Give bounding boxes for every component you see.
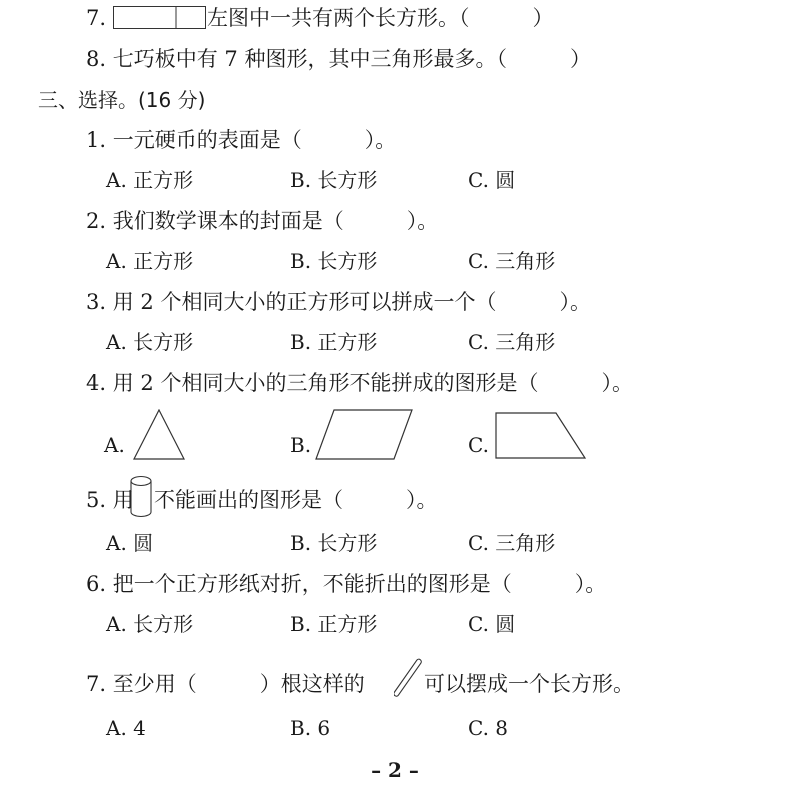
parallelogram-shape-icon: [314, 409, 414, 461]
question-text: 用 2 个相同大小的正方形可以拼成一个（ ）。: [113, 290, 591, 314]
question-number: 6.: [86, 572, 106, 596]
q2-option-a[interactable]: A. 正方形: [106, 248, 193, 274]
question-text: 把一个正方形纸对折，不能折出的图形是（ ）。: [113, 572, 607, 596]
question-5-text-after: 不能画出的图形是（ ）。: [154, 486, 438, 514]
question-3: 3. 用 2 个相同大小的正方形可以拼成一个（ ）。: [86, 288, 591, 316]
page-number: – 2 –: [0, 758, 790, 782]
q4-option-c[interactable]: C.: [468, 432, 489, 458]
judge-item-8: 8. 七巧板中有 7 种图形，其中三角形最多。（ ）: [86, 45, 591, 73]
two-rectangles-figure-icon: [113, 6, 207, 30]
question-6: 6. 把一个正方形纸对折，不能折出的图形是（ ）。: [86, 570, 606, 598]
cylinder-icon: [129, 475, 153, 519]
q7-option-c[interactable]: C. 8: [468, 715, 508, 741]
q5-option-a[interactable]: A. 圆: [106, 530, 153, 556]
question-5: 5. 用: [86, 486, 134, 514]
q1-option-b[interactable]: B. 长方形: [290, 167, 377, 193]
trapezoid-shape-icon: [494, 412, 588, 460]
q3-option-c[interactable]: C. 三角形: [468, 329, 555, 355]
q3-option-a[interactable]: A. 长方形: [106, 329, 193, 355]
judge-item-7-text: 左图中一共有两个长方形。（ ）: [207, 4, 554, 32]
q7-option-a[interactable]: A. 4: [106, 715, 146, 741]
stick-icon: [394, 655, 422, 701]
question-1: 1. 一元硬币的表面是（ ）。: [86, 126, 396, 154]
question-text-before: 至少用（ ）根这样的: [113, 672, 365, 696]
question-number: 5.: [86, 488, 106, 512]
question-number: 7.: [86, 672, 106, 696]
question-text: 一元硬币的表面是（ ）。: [113, 128, 397, 152]
question-7-text-after: 可以摆成一个长方形。: [424, 670, 634, 698]
question-number: 4.: [86, 371, 106, 395]
judge-item-7: 7.: [86, 4, 106, 32]
question-number: 3.: [86, 290, 106, 314]
q7-option-b[interactable]: B. 6: [290, 715, 330, 741]
item-number: 8.: [86, 47, 106, 71]
triangle-shape-icon: [132, 409, 186, 461]
q4-option-a[interactable]: A.: [104, 432, 125, 458]
q3-option-b[interactable]: B. 正方形: [290, 329, 377, 355]
q6-option-a[interactable]: A. 长方形: [106, 611, 193, 637]
question-number: 1.: [86, 128, 106, 152]
q6-option-c[interactable]: C. 圆: [468, 611, 515, 637]
item-number: 7.: [86, 6, 106, 30]
section-title: 三、选择。(16 分): [38, 86, 205, 114]
q5-option-b[interactable]: B. 长方形: [290, 530, 377, 556]
q2-option-c[interactable]: C. 三角形: [468, 248, 555, 274]
question-number: 2.: [86, 209, 106, 233]
q6-option-b[interactable]: B. 正方形: [290, 611, 377, 637]
question-2: 2. 我们数学课本的封面是（ ）。: [86, 207, 438, 235]
item-text: 七巧板中有 7 种图形，其中三角形最多。（ ）: [113, 47, 591, 71]
question-text: 用 2 个相同大小的三角形不能拼成的图形是（ ）。: [113, 371, 633, 395]
question-7: 7. 至少用（ ）根这样的: [86, 670, 365, 698]
q5-option-c[interactable]: C. 三角形: [468, 530, 555, 556]
q1-option-c[interactable]: C. 圆: [468, 167, 515, 193]
q2-option-b[interactable]: B. 长方形: [290, 248, 377, 274]
question-4: 4. 用 2 个相同大小的三角形不能拼成的图形是（ ）。: [86, 369, 633, 397]
q4-option-b[interactable]: B.: [290, 432, 311, 458]
q1-option-a[interactable]: A. 正方形: [106, 167, 193, 193]
question-text: 我们数学课本的封面是（ ）。: [113, 209, 439, 233]
